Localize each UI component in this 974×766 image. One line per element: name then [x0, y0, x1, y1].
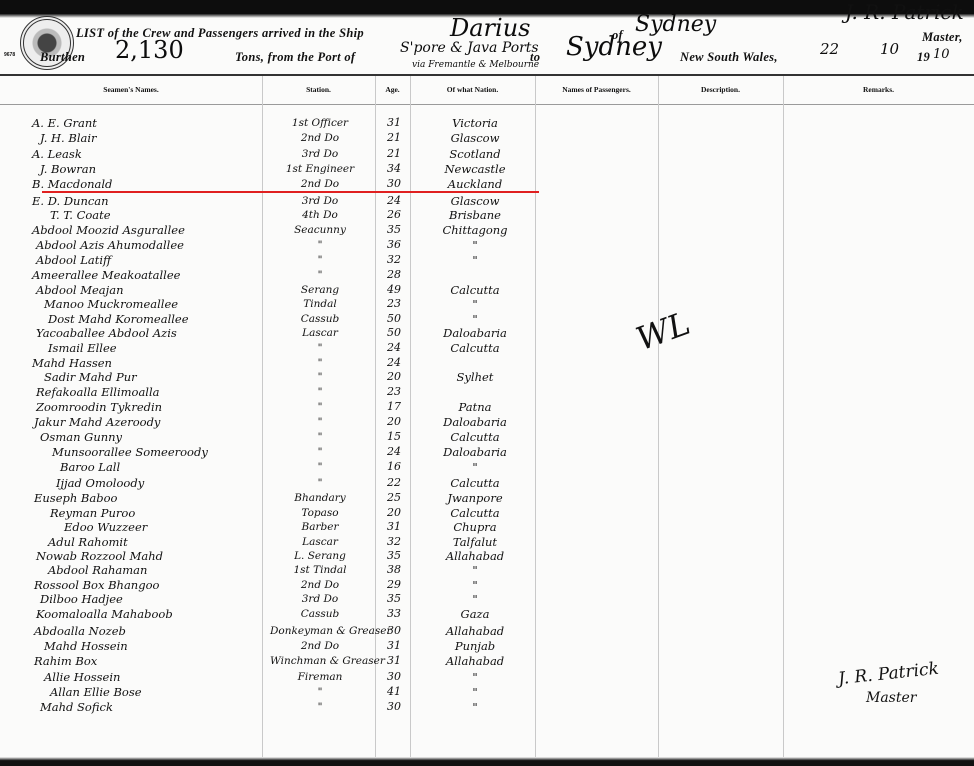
- date-day: 22: [820, 40, 839, 58]
- station: ": [270, 445, 370, 459]
- nation: Chittagong: [420, 223, 530, 237]
- table-row: T. T. Coate4th Do26Brisbane: [0, 208, 540, 222]
- table-row: Abdoalla NozebDonkeyman & Greaser30Allah…: [0, 624, 540, 638]
- nation: Calcutta: [420, 283, 530, 297]
- nation: ": [420, 297, 530, 311]
- age: 29: [380, 578, 408, 592]
- nation: Calcutta: [420, 430, 530, 444]
- age: 31: [380, 520, 408, 534]
- station: 4th Do: [270, 208, 370, 222]
- station: Topaso: [270, 506, 370, 520]
- column-header-age: Age.: [375, 85, 410, 94]
- station: ": [270, 341, 370, 355]
- age: 20: [380, 370, 408, 384]
- age: 35: [380, 592, 408, 606]
- age: 23: [380, 297, 408, 311]
- age: 23: [380, 385, 408, 399]
- seaman-name: Baroo Lall: [60, 460, 120, 474]
- seaman-name: T. T. Coate: [50, 208, 111, 222]
- station: 1st Tindal: [270, 563, 370, 577]
- table-row: Rahim BoxWinchman & Greaser31Allahabad: [0, 654, 540, 668]
- seaman-name: Abdool Rahaman: [48, 563, 147, 577]
- nation: Patna: [420, 400, 530, 414]
- seaman-name: Osman Gunny: [40, 430, 122, 444]
- table-row: Allan Ellie Bose"41": [0, 685, 540, 699]
- seaman-name: J. H. Blair: [40, 131, 97, 145]
- destination: Sydney: [566, 32, 662, 62]
- age: 50: [380, 326, 408, 340]
- column-header-station: Station.: [262, 85, 375, 94]
- column-header-nation: Of what Nation.: [410, 85, 535, 94]
- station: 3rd Do: [270, 592, 370, 606]
- nation: ": [420, 592, 530, 606]
- station: 1st Engineer: [270, 162, 370, 176]
- station: 3rd Do: [270, 147, 370, 161]
- seaman-name: Dost Mahd Koromeallee: [48, 312, 189, 326]
- seaman-name: Munsoorallee Someeroody: [52, 445, 208, 459]
- seaman-name: A. Leask: [32, 147, 82, 161]
- nation: ": [420, 460, 530, 474]
- station: ": [270, 476, 370, 490]
- age: 28: [380, 268, 408, 282]
- table-row: Abdool Azis Ahumodallee"36": [0, 238, 540, 252]
- station: ": [270, 356, 370, 370]
- seaman-name: Manoo Muckromeallee: [44, 297, 178, 311]
- seaman-name: Ijjad Omoloody: [56, 476, 144, 490]
- nation: Sylhet: [420, 370, 530, 384]
- age: 24: [380, 341, 408, 355]
- age: 30: [380, 670, 408, 684]
- station: Donkeyman & Greaser: [270, 624, 370, 638]
- station: Serang: [270, 283, 370, 297]
- seaman-name: Abdoalla Nozeb: [34, 624, 126, 638]
- seaman-name: Abdool Azis Ahumodallee: [36, 238, 184, 252]
- seaman-name: Dilboo Hadjee: [40, 592, 123, 606]
- form-code: 9678: [4, 52, 15, 58]
- nation: ": [420, 238, 530, 252]
- table-row: Ismail Ellee"24Calcutta: [0, 341, 540, 355]
- station: ": [270, 685, 370, 699]
- station: ": [270, 268, 370, 282]
- table-row: J. Bowran1st Engineer34Newcastle: [0, 162, 540, 176]
- seaman-name: Euseph Baboo: [34, 491, 117, 505]
- age: 35: [380, 549, 408, 563]
- table-row: Mahd Hassen"24: [0, 356, 540, 370]
- nation: ": [420, 563, 530, 577]
- nation: Chupra: [420, 520, 530, 534]
- nation: Auckland: [420, 177, 530, 191]
- scan-bottom-border: [0, 757, 974, 766]
- age: 17: [380, 400, 408, 414]
- nation: Newcastle: [420, 162, 530, 176]
- station: Bhandary: [270, 491, 370, 505]
- nation: Allahabad: [420, 654, 530, 668]
- station: L. Serang: [270, 549, 370, 563]
- table-row: Koomaloalla MahaboobCassub33Gaza: [0, 607, 540, 621]
- nation: ": [420, 670, 530, 684]
- seaman-name: Abdool Moozid Asgurallee: [32, 223, 185, 237]
- station: 2nd Do: [270, 578, 370, 592]
- age: 24: [380, 445, 408, 459]
- nation: Calcutta: [420, 341, 530, 355]
- age: 21: [380, 131, 408, 145]
- table-row: Manoo MuckromealleeTindal23": [0, 297, 540, 311]
- seaman-name: Mahd Sofick: [40, 700, 113, 714]
- table-row: Mahd Sofick"30": [0, 700, 540, 714]
- station: Lascar: [270, 535, 370, 549]
- table-row: Rossool Box Bhangoo2nd Do29": [0, 578, 540, 592]
- table-row: Abdool MeajanSerang49Calcutta: [0, 283, 540, 297]
- station: 2nd Do: [270, 177, 370, 191]
- table-row: Abdool Moozid AsguralleeSeacunny35Chitta…: [0, 223, 540, 237]
- column-header-passengers: Names of Passengers.: [535, 85, 658, 94]
- seaman-name: Jakur Mahd Azeroody: [34, 415, 160, 429]
- from-port: S'pore & Java Ports: [400, 40, 539, 56]
- year-prefix: 19: [917, 50, 930, 65]
- station: ": [270, 238, 370, 252]
- tons-from-port-label: Tons, from the Port of: [235, 50, 355, 65]
- age: 24: [380, 356, 408, 370]
- station: 1st Officer: [270, 116, 370, 130]
- nation: ": [420, 685, 530, 699]
- nation: Victoria: [420, 116, 530, 130]
- table-row: Edoo WuzzeerBarber31Chupra: [0, 520, 540, 534]
- table-row: Ameerallee Meakoatallee"28: [0, 268, 540, 282]
- age: 50: [380, 312, 408, 326]
- table-row: Yacoaballee Abdool AzisLascar50Daloabari…: [0, 326, 540, 340]
- table-row: J. H. Blair2nd Do21Glascow: [0, 131, 540, 145]
- nation: ": [420, 253, 530, 267]
- tonnage: 2,130: [115, 36, 184, 64]
- nation: Punjab: [420, 639, 530, 653]
- seaman-name: Abdool Latiff: [36, 253, 111, 267]
- station: ": [270, 370, 370, 384]
- age: 20: [380, 415, 408, 429]
- nation: Calcutta: [420, 476, 530, 490]
- station: ": [270, 430, 370, 444]
- station: 2nd Do: [270, 131, 370, 145]
- table-row: Dilboo Hadjee3rd Do35": [0, 592, 540, 606]
- nation: Talfalut: [420, 535, 530, 549]
- station: Seacunny: [270, 223, 370, 237]
- age: 35: [380, 223, 408, 237]
- scan-top-border: [0, 0, 974, 14]
- seaman-name: Refakoalla Ellimoalla: [36, 385, 160, 399]
- table-row: Jakur Mahd Azeroody"20Daloabaria: [0, 415, 540, 429]
- seaman-name: Allie Hossein: [44, 670, 120, 684]
- seaman-name: J. Bowran: [40, 162, 96, 176]
- age: 22: [380, 476, 408, 490]
- seaman-name: Adul Rahomit: [48, 535, 128, 549]
- seaman-name: Rossool Box Bhangoo: [34, 578, 159, 592]
- seaman-name: Reyman Puroo: [50, 506, 135, 520]
- age: 30: [380, 624, 408, 638]
- master-label: Master,: [922, 30, 963, 45]
- nation: Allahabad: [420, 549, 530, 563]
- station: ": [270, 700, 370, 714]
- seaman-name: Rahim Box: [34, 654, 97, 668]
- age: 34: [380, 162, 408, 176]
- seaman-name: Zoomroodin Tykredin: [36, 400, 162, 414]
- station: Fireman: [270, 670, 370, 684]
- station: Cassub: [270, 312, 370, 326]
- age: 15: [380, 430, 408, 444]
- table-row: Dost Mahd KoromealleeCassub50": [0, 312, 540, 326]
- nation: Glascow: [420, 194, 530, 208]
- table-row: Adul RahomitLascar32Talfalut: [0, 535, 540, 549]
- table-row: Nowab Rozzool MahdL. Serang35Allahabad: [0, 549, 540, 563]
- age: 36: [380, 238, 408, 252]
- header-rule: [0, 74, 974, 76]
- age: 26: [380, 208, 408, 222]
- station: Barber: [270, 520, 370, 534]
- table-row: Munsoorallee Someeroody"24Daloabaria: [0, 445, 540, 459]
- age: 25: [380, 491, 408, 505]
- age: 21: [380, 147, 408, 161]
- signature-title: Master: [866, 690, 916, 706]
- station: ": [270, 385, 370, 399]
- nation: Daloabaria: [420, 326, 530, 340]
- age: 49: [380, 283, 408, 297]
- nation: ": [420, 578, 530, 592]
- seaman-name: Yacoaballee Abdool Azis: [36, 326, 177, 340]
- age: 16: [380, 460, 408, 474]
- table-row: Abdool Latiff"32": [0, 253, 540, 267]
- age: 31: [380, 639, 408, 653]
- nation: Gaza: [420, 607, 530, 621]
- nation: Brisbane: [420, 208, 530, 222]
- nation: Allahabad: [420, 624, 530, 638]
- to-label: to: [530, 50, 540, 65]
- table-row: Abdool Rahaman1st Tindal38": [0, 563, 540, 577]
- station: Cassub: [270, 607, 370, 621]
- table-row: Allie HosseinFireman30": [0, 670, 540, 684]
- seaman-name: E. D. Duncan: [32, 194, 109, 208]
- station: ": [270, 400, 370, 414]
- column-divider: [783, 76, 784, 766]
- column-header-remarks: Remarks.: [783, 85, 974, 94]
- state-label: New South Wales,: [680, 50, 778, 65]
- table-row: E. D. Duncan3rd Do24Glascow: [0, 194, 540, 208]
- seaman-name: Nowab Rozzool Mahd: [36, 549, 163, 563]
- column-header-rule: [0, 104, 974, 105]
- station: 3rd Do: [270, 194, 370, 208]
- station: ": [270, 415, 370, 429]
- seaman-name: Mahd Hassen: [32, 356, 112, 370]
- year-suffix: 10: [933, 47, 950, 62]
- station: 2nd Do: [270, 639, 370, 653]
- master-signature: J. R. Patrick: [837, 659, 939, 689]
- nation: ": [420, 312, 530, 326]
- seaman-name: Allan Ellie Bose: [50, 685, 142, 699]
- station: Tindal: [270, 297, 370, 311]
- ship-name: Darius: [450, 14, 530, 42]
- nation: Jwanpore: [420, 491, 530, 505]
- table-row: Osman Gunny"15Calcutta: [0, 430, 540, 444]
- initials-mark: WL: [631, 304, 695, 358]
- age: 32: [380, 535, 408, 549]
- age: 20: [380, 506, 408, 520]
- table-row: Refakoalla Ellimoalla"23: [0, 385, 540, 399]
- nation: Daloabaria: [420, 415, 530, 429]
- red-underline: [42, 191, 539, 193]
- seaman-name: A. E. Grant: [32, 116, 97, 130]
- column-header-seamen-names: Seamen's Names.: [0, 85, 262, 94]
- age: 24: [380, 194, 408, 208]
- column-divider: [658, 76, 659, 766]
- table-row: Sadir Mahd Pur"20Sylhet: [0, 370, 540, 384]
- nation: Daloabaria: [420, 445, 530, 459]
- master-name: J. R. Patrick: [845, 0, 964, 24]
- date-month: 10: [880, 40, 899, 58]
- age: 30: [380, 700, 408, 714]
- table-row: A. Leask3rd Do21Scotland: [0, 147, 540, 161]
- seaman-name: Sadir Mahd Pur: [44, 370, 137, 384]
- column-header-description: Description.: [658, 85, 783, 94]
- age: 30: [380, 177, 408, 191]
- nation: Glascow: [420, 131, 530, 145]
- age: 41: [380, 685, 408, 699]
- age: 31: [380, 116, 408, 130]
- nation: Calcutta: [420, 506, 530, 520]
- station: ": [270, 253, 370, 267]
- age: 33: [380, 607, 408, 621]
- table-row: Baroo Lall"16": [0, 460, 540, 474]
- table-row: Zoomroodin Tykredin"17Patna: [0, 400, 540, 414]
- nation: Scotland: [420, 147, 530, 161]
- nation: ": [420, 700, 530, 714]
- seaman-name: Edoo Wuzzeer: [64, 520, 147, 534]
- seaman-name: Ismail Ellee: [48, 341, 117, 355]
- station: Winchman & Greaser: [270, 654, 370, 668]
- from-port-via: via Fremantle & Melbourne: [412, 60, 539, 70]
- age: 31: [380, 654, 408, 668]
- table-row: Reyman PurooTopaso20Calcutta: [0, 506, 540, 520]
- age: 32: [380, 253, 408, 267]
- table-row: Euseph BabooBhandary25Jwanpore: [0, 491, 540, 505]
- station: ": [270, 460, 370, 474]
- seaman-name: B. Macdonald: [32, 177, 112, 191]
- age: 38: [380, 563, 408, 577]
- table-row: A. E. Grant1st Officer31Victoria: [0, 116, 540, 130]
- table-row: B. Macdonald2nd Do30Auckland: [0, 177, 540, 191]
- table-row: Mahd Hossein2nd Do31Punjab: [0, 639, 540, 653]
- seaman-name: Ameerallee Meakoatallee: [32, 268, 180, 282]
- seaman-name: Abdool Meajan: [36, 283, 123, 297]
- seaman-name: Koomaloalla Mahaboob: [36, 607, 173, 621]
- table-row: Ijjad Omoloody"22Calcutta: [0, 476, 540, 490]
- station: Lascar: [270, 326, 370, 340]
- burthen-label: Burthen: [40, 50, 85, 65]
- seaman-name: Mahd Hossein: [44, 639, 128, 653]
